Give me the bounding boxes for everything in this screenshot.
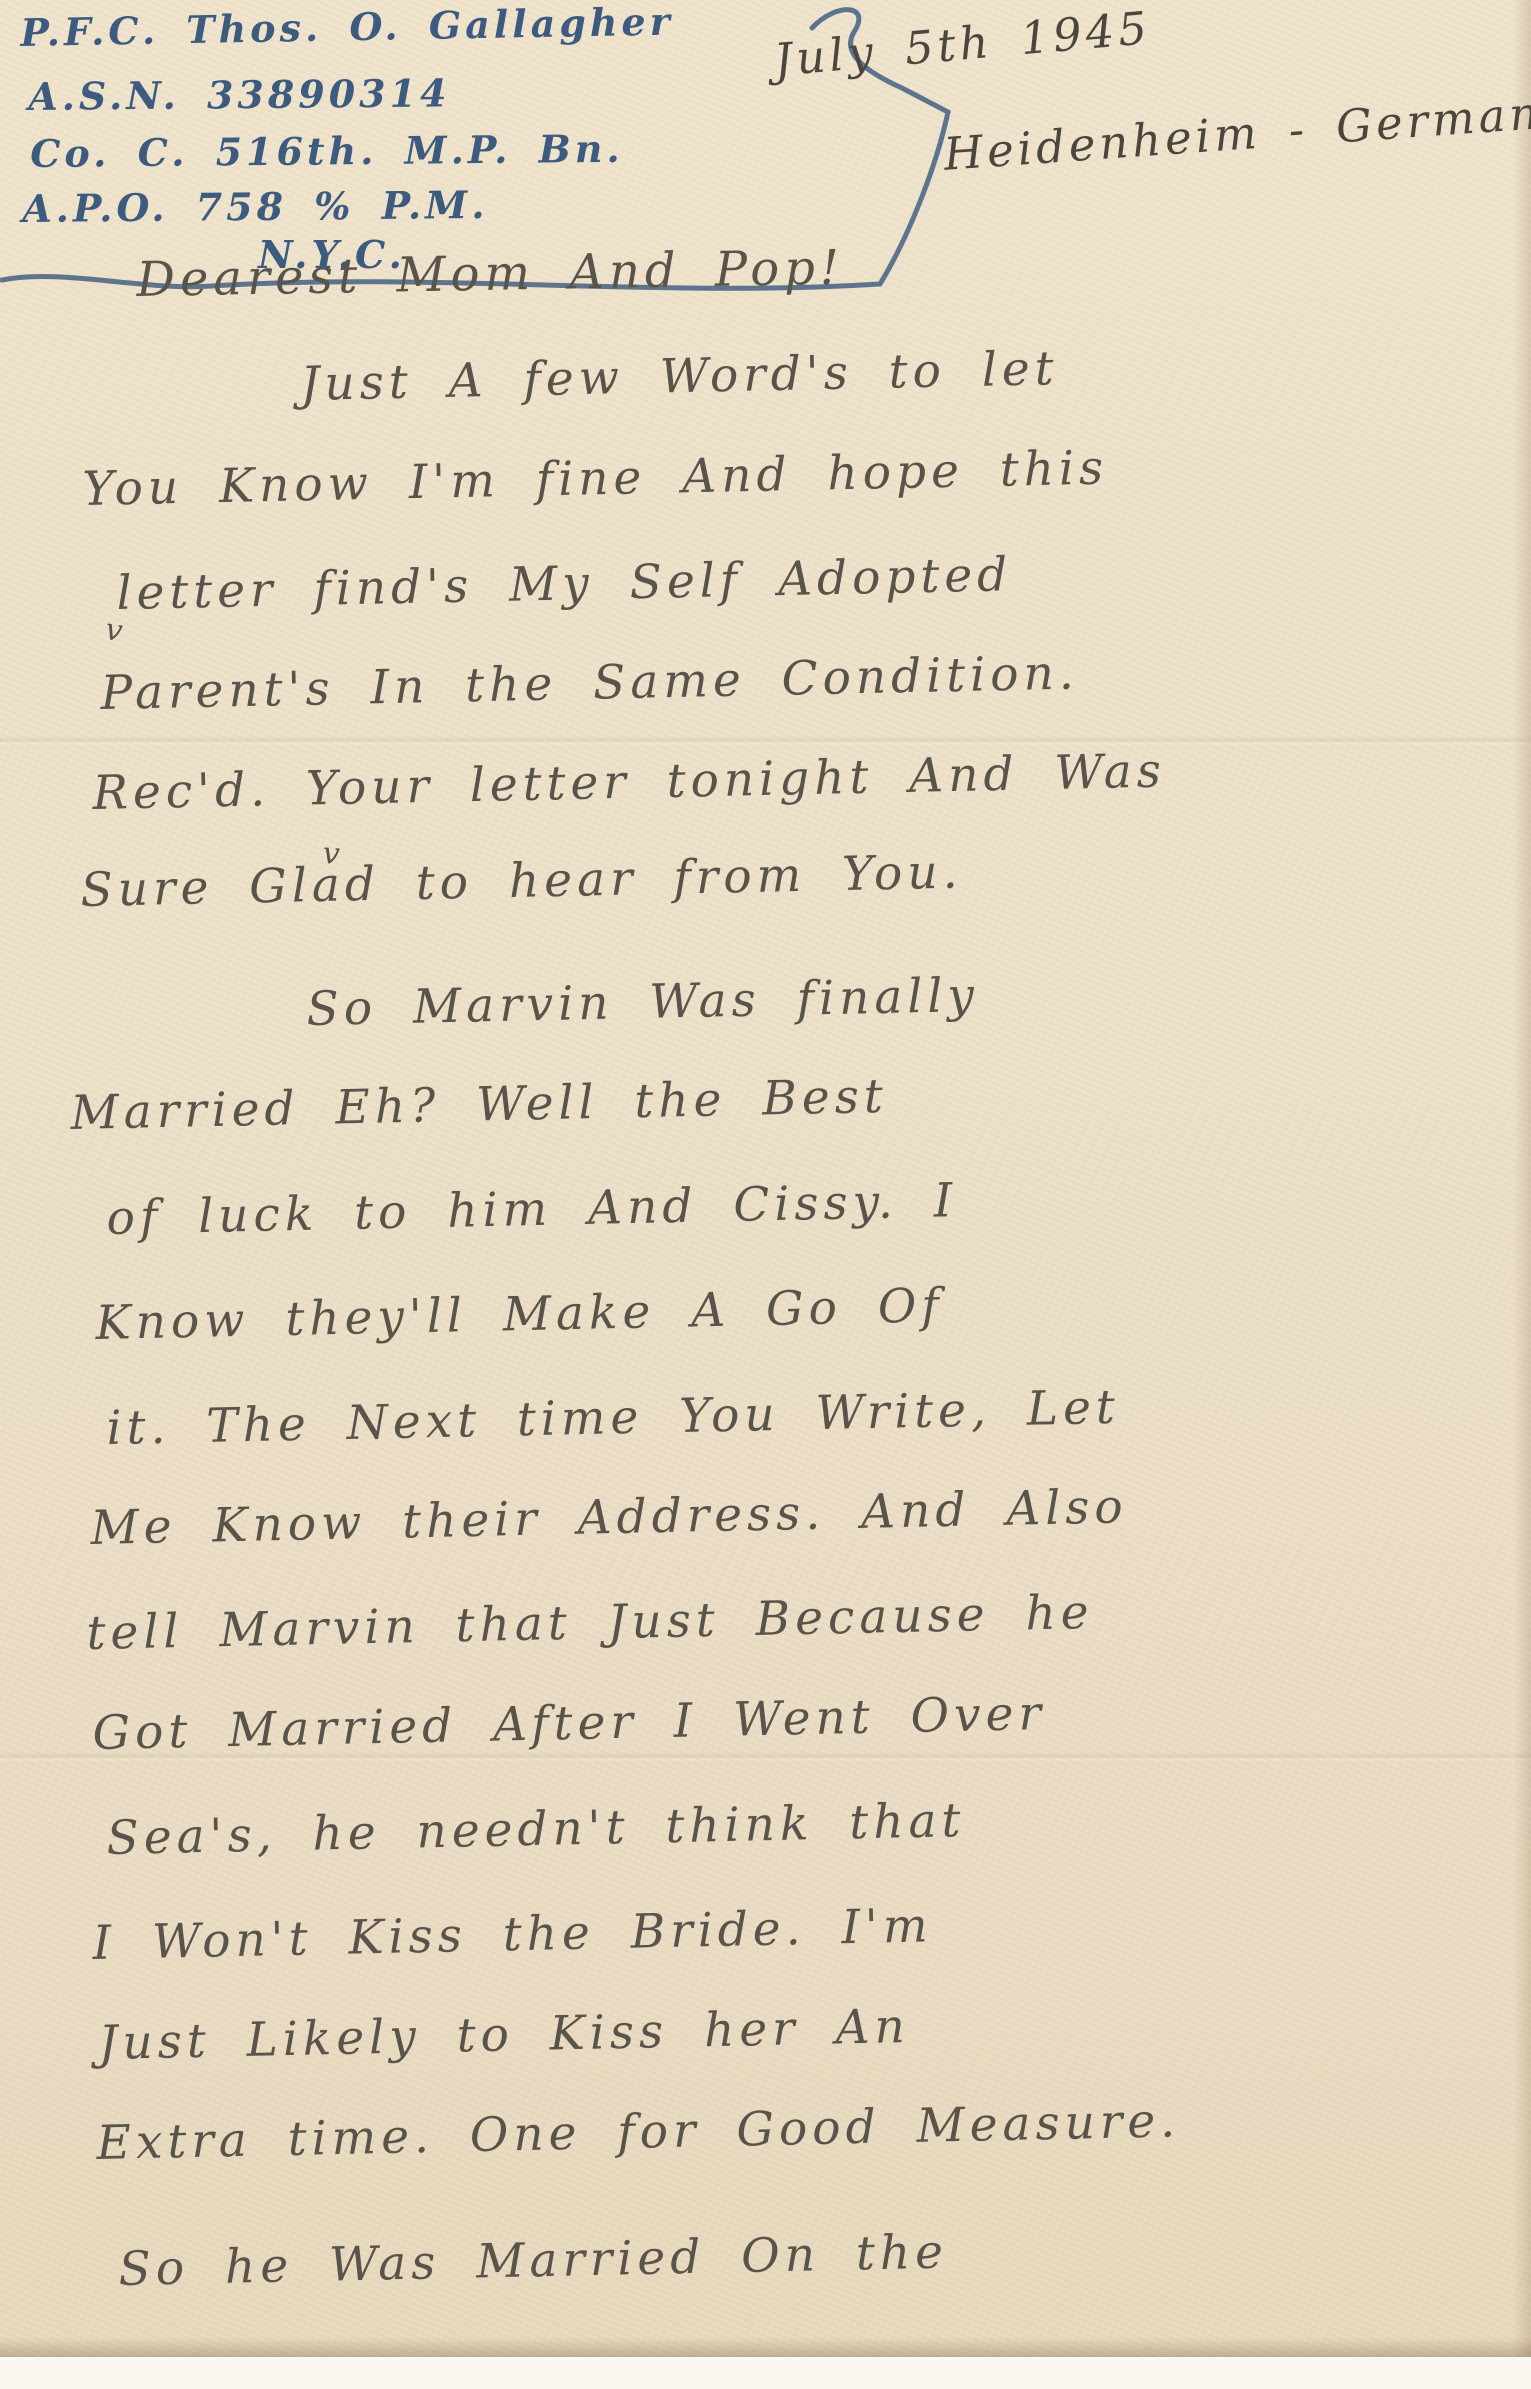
paper-edge-bottom (0, 2337, 1531, 2357)
sender-line: A.S.N. 33890314 (28, 70, 451, 119)
paper-edge-right (1513, 0, 1531, 2357)
sender-line: Co. C. 516th. M.P. Bn. (30, 126, 624, 176)
letter-scan: P.F.C. Thos. O. Gallagher A.S.N. 3389031… (0, 0, 1531, 2389)
sender-line: A.P.O. 758 % P.M. (22, 182, 489, 231)
scan-background (0, 2357, 1531, 2389)
insertion-caret-mark: v (322, 836, 341, 872)
